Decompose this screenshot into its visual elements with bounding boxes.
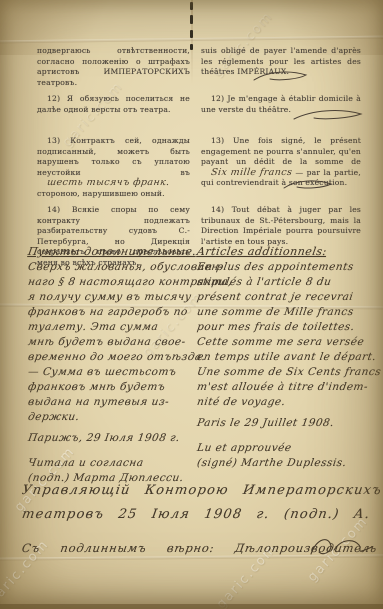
binding-stitch-mark [190, 30, 193, 38]
additional-articles-title-fr: Articles additionnels: [196, 243, 381, 260]
handwritten-line: наго § 8 настоящаго контракта, [27, 275, 201, 290]
handwritten-line: мнѣ будетъ выдана свое- [27, 335, 201, 350]
clause-13-fr-handwritten-amount: Six mille francs [200, 168, 293, 179]
center-fold-line [191, 0, 193, 85]
handwritten-line: en temps utile avant le départ. [196, 350, 380, 365]
handwritten-line: Сверхъ жалованья, обусловлен- [27, 260, 201, 275]
handwritten-additional-articles-ru: Пункты дополнительные. Сверхъ жалованья,… [28, 243, 200, 486]
handwritten-line: présent contrat je recevrai [196, 290, 380, 305]
office-certification-block: Управляющій Конторою Императорскихъ теат… [22, 479, 370, 555]
clause-13-ru-handwritten-amount: шесть тысячъ франк. [36, 178, 170, 189]
handwritten-line: я получу сумму въ тысячу [27, 290, 201, 305]
handwritten-line: une somme de Mille francs [196, 305, 380, 320]
binding-stitch-mark [190, 15, 193, 24]
scanned-contract-page: garic.com garic.com garic.com garic.com … [0, 0, 383, 609]
paper-crease [0, 554, 383, 560]
clause-13-ru-printed-end: стороною, нарушившею оный. [37, 189, 165, 198]
clause-14-fr: 14) Tout débat à juger par les tribunaux… [201, 205, 361, 247]
handwritten-line: — Сумма въ шестьсотъ [27, 365, 201, 380]
clause-13-fr: 13) Une fois signé, le présent engagemen… [201, 136, 361, 189]
clause-13-fr-printed-start: 13) Une fois signé, le présent engagemen… [201, 136, 361, 166]
date-place-line-fr: Paris le 29 Juillet 1908. [196, 416, 380, 431]
binding-stitch-mark [190, 44, 193, 50]
clause-12-ru: 12) Я обязуюсь поселиться не далѣе одной… [37, 94, 190, 115]
handwritten-line: pour mes frais de toilettes. [196, 320, 380, 335]
clause-11-continuation-ru: подвергаюсь отвѣтственности, согласно по… [37, 46, 190, 88]
handwritten-line: nité de voyage. [196, 395, 380, 410]
binding-stitch-mark [190, 2, 193, 10]
clause-12-fr: 12) Je m'engage à établir domicile à une… [201, 94, 361, 115]
additional-articles-title-ru: Пункты дополнительные. [27, 243, 202, 260]
handwritten-line: франковъ на гардеробъ по [27, 305, 201, 320]
handwritten-additional-articles-fr: Articles additionnels: En plus des appoi… [197, 243, 379, 471]
read-and-approved-fr: Lu et approuvée [196, 441, 380, 456]
office-manager-line-2: театровъ 25 Іюля 1908 г. (подп.) А. Круп… [20, 503, 372, 527]
date-place-line-ru: Парижъ, 29 Іюля 1908 г. [27, 431, 201, 446]
handwritten-line: туалету. Эта сумма [27, 320, 201, 335]
handwritten-line: выдана на путевыя из- [27, 395, 201, 410]
handwritten-line: m'est allouée à titre d'indem- [196, 380, 380, 395]
handwritten-line: En plus des appointements [196, 260, 380, 275]
clause-13-ru-printed-start: 13) Контрактъ сей, однажды подписанный, … [37, 136, 190, 177]
handwritten-line: Cette somme me sera versée [196, 335, 380, 350]
paper-bottom-edge [0, 604, 383, 609]
handwritten-line: временно до моего отъѣзда. [27, 350, 201, 365]
clause-13-ru: 13) Контрактъ сей, однажды подписанный, … [37, 136, 190, 200]
artist-signature-fr: (signé) Marthe Duplessis. [196, 456, 380, 471]
handwritten-line: держки. [27, 410, 201, 425]
handwritten-line: франковъ мнѣ будетъ [27, 380, 201, 395]
handwritten-line: stipulés à l'article 8 du [196, 275, 380, 290]
office-manager-line-1: Управляющій Конторою Императорскихъ [20, 479, 372, 503]
true-copy-certification: Съ подлиннымъ вѣрно: Дѣлопроизводитель [21, 541, 371, 555]
read-and-agreed-ru: Читала и согласна [27, 456, 201, 471]
handwritten-line: Une somme de Six Cents francs [196, 365, 380, 380]
clause-11-continuation-fr: suis obligé de payer l'amende d'après le… [201, 46, 361, 78]
